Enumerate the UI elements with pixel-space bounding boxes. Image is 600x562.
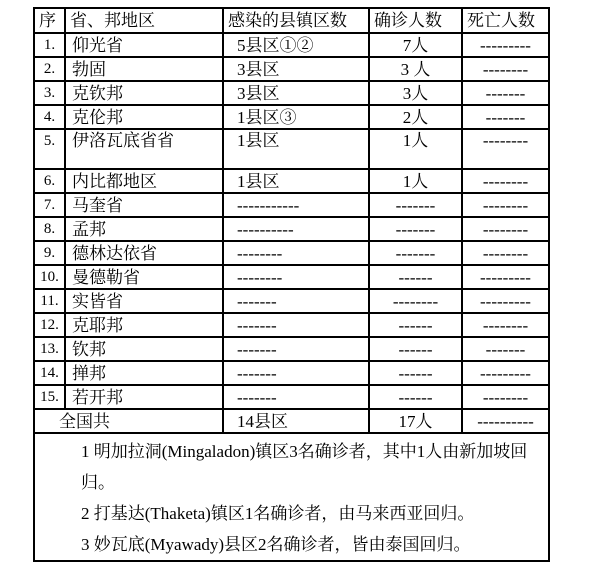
- cell-region: 孟邦: [65, 217, 223, 241]
- note-2: 2 打基达(Thaketa)镇区1名确诊者，由马来西亚回归。: [35, 498, 548, 529]
- column-header-no: 序: [34, 8, 65, 33]
- cell-confirmed: -------: [369, 193, 462, 217]
- table-row: 15. 若开邦 ------- ------ --------: [34, 385, 549, 409]
- cell-deaths: -------: [462, 81, 549, 105]
- cell-deaths: --------: [462, 57, 549, 81]
- cell-districts: 3县区: [223, 57, 369, 81]
- cell-deaths: ---------: [462, 33, 549, 57]
- cell-districts: -------: [223, 313, 369, 337]
- note-3: 3 妙瓦底(Myawady)县区2名确诊者，皆由泰国回归。: [35, 529, 548, 560]
- cell-region: 仰光省: [65, 33, 223, 57]
- cell-districts: 1县区③: [223, 105, 369, 129]
- table-row: 8. 孟邦 ---------- ------- --------: [34, 217, 549, 241]
- cell-districts: -------: [223, 337, 369, 361]
- cell-total-confirmed: 17人: [369, 409, 462, 433]
- cell-no: 6.: [34, 169, 65, 193]
- cell-districts: -------: [223, 289, 369, 313]
- cell-no: 10.: [34, 265, 65, 289]
- cell-confirmed: ------: [369, 313, 462, 337]
- cell-deaths: ---------: [462, 265, 549, 289]
- cell-confirmed: 1人: [369, 129, 462, 169]
- cell-total-districts: 14县区: [223, 409, 369, 433]
- cell-deaths: --------: [462, 169, 549, 193]
- cell-districts: -------: [223, 361, 369, 385]
- cell-confirmed: ------: [369, 337, 462, 361]
- cell-no: 8.: [34, 217, 65, 241]
- page: 序 省、邦地区 感染的县镇区数 确诊人数 死亡人数 1. 仰光省 5县区①② 7…: [0, 0, 600, 502]
- cell-region: 克钦邦: [65, 81, 223, 105]
- cell-confirmed: -------: [369, 217, 462, 241]
- column-header-region: 省、邦地区: [65, 8, 223, 33]
- cell-region: 伊洛瓦底省省: [65, 129, 223, 169]
- column-header-confirmed: 确诊人数: [369, 8, 462, 33]
- cell-no: 12.: [34, 313, 65, 337]
- cell-confirmed: ------: [369, 361, 462, 385]
- cell-no: 7.: [34, 193, 65, 217]
- cell-no: 1.: [34, 33, 65, 57]
- cell-region: 克耶邦: [65, 313, 223, 337]
- cell-deaths: --------: [462, 193, 549, 217]
- cell-confirmed: 3 人: [369, 57, 462, 81]
- cell-region: 马奎省: [65, 193, 223, 217]
- cell-districts: -----------: [223, 193, 369, 217]
- cell-no: 13.: [34, 337, 65, 361]
- cell-confirmed: --------: [369, 289, 462, 313]
- cell-confirmed: 1人: [369, 169, 462, 193]
- table-row: 13. 钦邦 ------- ------ -------: [34, 337, 549, 361]
- cell-deaths: -------: [462, 105, 549, 129]
- cell-deaths: --------: [462, 217, 549, 241]
- cell-districts: 1县区: [223, 129, 369, 169]
- notes-cell: 1 明加拉洞(Mingaladon)镇区3名确诊者，其中1人由新加坡回归。 2 …: [34, 433, 549, 561]
- cell-deaths: --------: [462, 385, 549, 409]
- cell-region: 德林达依省: [65, 241, 223, 265]
- cell-region: 实皆省: [65, 289, 223, 313]
- table-row: 2. 勃固 3县区 3 人 --------: [34, 57, 549, 81]
- cell-confirmed: 7人: [369, 33, 462, 57]
- cell-districts: 5县区①②: [223, 33, 369, 57]
- notes-row: 1 明加拉洞(Mingaladon)镇区3名确诊者，其中1人由新加坡回归。 2 …: [34, 433, 549, 561]
- cell-no: 15.: [34, 385, 65, 409]
- cell-region: 曼德勒省: [65, 265, 223, 289]
- table-row: 4. 克伦邦 1县区③ 2人 -------: [34, 105, 549, 129]
- cell-no: 5.: [34, 129, 65, 169]
- cell-no: 11.: [34, 289, 65, 313]
- cell-districts: ----------: [223, 217, 369, 241]
- cell-districts: 1县区: [223, 169, 369, 193]
- cell-region: 内比都地区: [65, 169, 223, 193]
- table-row: 12. 克耶邦 ------- ------ --------: [34, 313, 549, 337]
- cell-deaths: --------: [462, 129, 549, 169]
- cell-region: 勃固: [65, 57, 223, 81]
- cell-region: 掸邦: [65, 361, 223, 385]
- cell-region: 若开邦: [65, 385, 223, 409]
- cell-deaths: ---------: [462, 289, 549, 313]
- cell-no: 3.: [34, 81, 65, 105]
- cell-region: 钦邦: [65, 337, 223, 361]
- cell-deaths: ---------: [462, 361, 549, 385]
- cell-no: 14.: [34, 361, 65, 385]
- cell-confirmed: ------: [369, 265, 462, 289]
- header-row: 序 省、邦地区 感染的县镇区数 确诊人数 死亡人数: [34, 8, 549, 33]
- table-row: 14. 掸邦 ------- ------ ---------: [34, 361, 549, 385]
- table-row: 11. 实皆省 ------- -------- ---------: [34, 289, 549, 313]
- cell-total-label: 全国共: [34, 409, 223, 433]
- table-row: 9. 德林达依省 -------- ------- --------: [34, 241, 549, 265]
- cell-districts: -------: [223, 385, 369, 409]
- cell-confirmed: 2人: [369, 105, 462, 129]
- cell-deaths: --------: [462, 313, 549, 337]
- cell-confirmed: ------: [369, 385, 462, 409]
- table-row: 10. 曼德勒省 -------- ------ ---------: [34, 265, 549, 289]
- cell-districts: 3县区: [223, 81, 369, 105]
- infection-statistics-table: 序 省、邦地区 感染的县镇区数 确诊人数 死亡人数 1. 仰光省 5县区①② 7…: [33, 7, 550, 562]
- note-1: 1 明加拉洞(Mingaladon)镇区3名确诊者，其中1人由新加坡回归。: [35, 436, 548, 498]
- table-row: 3. 克钦邦 3县区 3人 -------: [34, 81, 549, 105]
- column-header-districts: 感染的县镇区数: [223, 8, 369, 33]
- total-row: 全国共 14县区 17人 ----------: [34, 409, 549, 433]
- cell-total-deaths: ----------: [462, 409, 549, 433]
- cell-deaths: --------: [462, 241, 549, 265]
- cell-deaths: -------: [462, 337, 549, 361]
- cell-no: 9.: [34, 241, 65, 265]
- cell-region: 克伦邦: [65, 105, 223, 129]
- column-header-deaths: 死亡人数: [462, 8, 549, 33]
- table-row: 1. 仰光省 5县区①② 7人 ---------: [34, 33, 549, 57]
- cell-confirmed: 3人: [369, 81, 462, 105]
- table-row: 7. 马奎省 ----------- ------- --------: [34, 193, 549, 217]
- cell-districts: --------: [223, 265, 369, 289]
- cell-no: 2.: [34, 57, 65, 81]
- table-row: 5. 伊洛瓦底省省 1县区 1人 --------: [34, 129, 549, 169]
- cell-districts: --------: [223, 241, 369, 265]
- table-row: 6. 内比都地区 1县区 1人 --------: [34, 169, 549, 193]
- cell-no: 4.: [34, 105, 65, 129]
- cell-confirmed: -------: [369, 241, 462, 265]
